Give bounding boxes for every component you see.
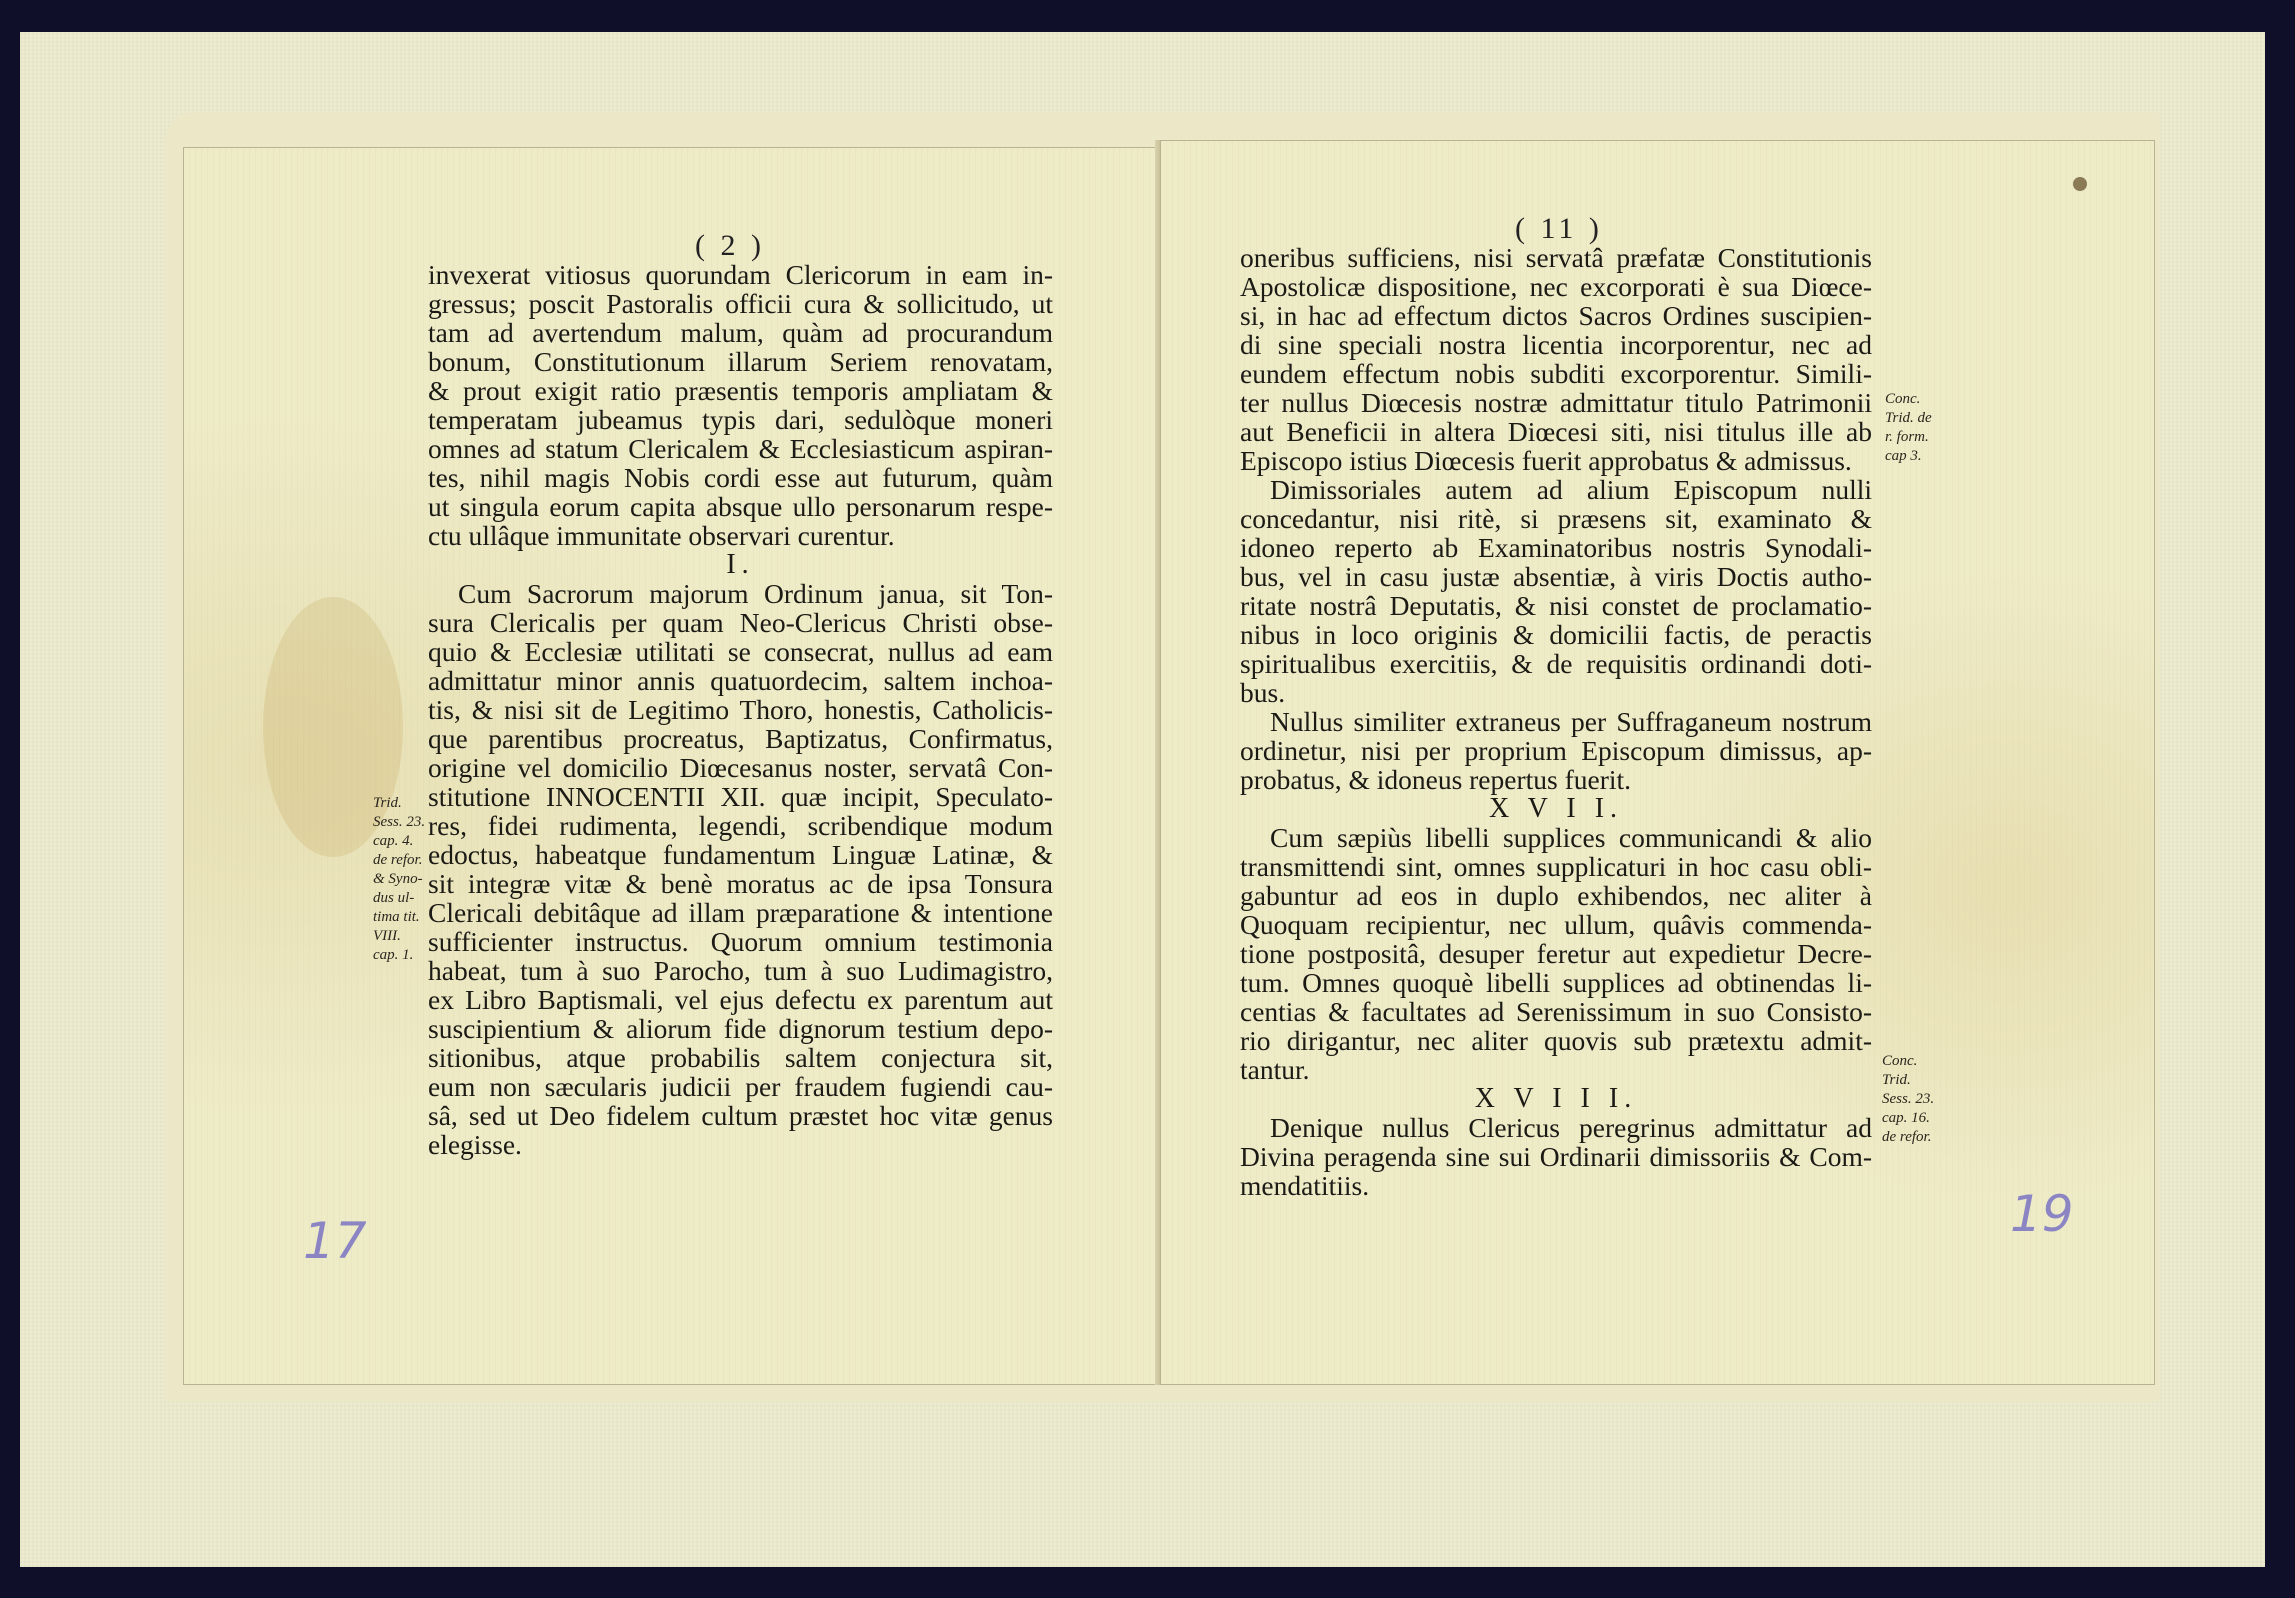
text-line: tis, & nisi sit de Legitimo Thoro, hones… [428,695,1053,724]
section-heading-xviii: X V I I I. [1240,1084,1872,1113]
margin-note-line: de refor. [373,851,428,870]
text-line: Quoquam recipientur, nec ullum, quâvis c… [1240,910,1872,939]
text-line: & prout exigit ratio præsentis temporis … [428,376,1053,405]
text-line: sitionibus, atque probabilis saltem conj… [428,1043,1053,1072]
margin-note-line: Trid. de [1885,409,1955,428]
margin-note-line: r. form. [1885,428,1955,447]
text-line: Cum Sacrorum majorum Ordinum janua, sit … [428,579,1053,608]
text-line: Episcopo istius Diœcesis fuerit approbat… [1240,446,1872,475]
text-line: eum non sæcularis judicii per fraudem fu… [428,1072,1053,1101]
margin-note-line: Conc. [1882,1052,1952,1071]
section-heading-i: I. [428,550,1053,579]
paragraph-section-i: Cum Sacrorum majorum Ordinum janua, sit … [428,579,1053,1159]
text-line: tes, nihil magis Nobis cordi esse aut fu… [428,463,1053,492]
text-line: sufficienter instructus. Quorum omnium t… [428,927,1053,956]
text-line: ut singula eorum capita absque ullo pers… [428,492,1053,521]
text-line: gabuntur ad eos in duplo exhibendos, nec… [1240,881,1872,910]
text-line: Clericali debitâque ad illam præparation… [428,898,1053,927]
text-line: gressus; poscit Pastoralis officii cura … [428,289,1053,318]
text-line: ex Libro Baptismali, vel ejus defectu ex… [428,985,1053,1014]
margin-note-line: de refor. [1882,1128,1952,1147]
paragraph-intro: invexerat vitiosus quorundam Clericorum … [428,260,1053,550]
margin-note-line: cap. 16. [1882,1109,1952,1128]
margin-note-line: cap. 4. [373,832,428,851]
margin-note-line: Sess. 23. [1882,1090,1952,1109]
margin-note-left: Trid. Sess. 23. cap. 4. de refor. & Syno… [373,794,428,965]
margin-note-line: dus ul- [373,889,428,908]
text-line: tantur. [1240,1055,1872,1084]
paragraph-3: Nullus similiter extraneus per Suffragan… [1240,707,1872,794]
text-line: sura Clericalis per quam Neo-Clericus Ch… [428,608,1053,637]
text-line: tione postpositâ, desuper feretur aut ex… [1240,939,1872,968]
text-line: aut Beneficii in altera Diœcesi siti, ni… [1240,417,1872,446]
left-page: ( 2 ) invexerat vitiosus quorundam Cleri… [183,147,1158,1385]
text-line: omnes ad statum Clericalem & Ecclesiasti… [428,434,1053,463]
margin-note-line: Trid. [1882,1071,1952,1090]
text-line: transmittendi sint, omnes supplicaturi i… [1240,852,1872,881]
text-line: Dimissoriales autem ad alium Episcopum n… [1240,475,1872,504]
text-line: nibus in loco originis & domicilii facti… [1240,620,1872,649]
pin-hole-mark [2073,177,2087,191]
margin-note-line: & Syno- [373,870,428,889]
text-line: concedantur, nisi ritè, si præsens sit, … [1240,504,1872,533]
margin-note-line: Trid. [373,794,428,813]
text-line: ter nullus Diœcesis nostræ admittatur ti… [1240,388,1872,417]
text-line: habeat, tum à suo Parocho, tum à suo Lud… [428,956,1053,985]
text-line: sâ, sed ut Deo fidelem cultum præstet ho… [428,1101,1053,1130]
section-heading-xvii: X V I I. [1240,794,1872,823]
text-line: bus, vel in casu justæ absentiæ, à viris… [1240,562,1872,591]
handwritten-folio-number: 19 [2010,1185,2074,1243]
text-line: Cum sæpiùs libelli supplices communicand… [1240,823,1872,852]
text-line: idoneo reperto ab Examinatoribus nostris… [1240,533,1872,562]
text-line: probatus, & idoneus repertus fuerit. [1240,765,1872,794]
margin-note-line: cap. 1. [373,946,428,965]
right-page-text: oneribus sufficiens, nisi servatâ præfat… [1240,243,1872,1200]
text-line: invexerat vitiosus quorundam Clericorum … [428,260,1053,289]
text-line: oneribus sufficiens, nisi servatâ præfat… [1240,243,1872,272]
margin-note-line: Conc. [1885,390,1955,409]
text-line: quio & Ecclesiæ utilitati se consecrat, … [428,637,1053,666]
text-line: admittatur minor annis quatuordecim, sal… [428,666,1053,695]
text-line: di sine speciali nostra licentia incorpo… [1240,330,1872,359]
text-line: bonum, Constitutionum illarum Seriem ren… [428,347,1053,376]
text-line: Divina peragenda sine sui Ordinarii dimi… [1240,1142,1872,1171]
text-line: si, in hac ad effectum dictos Sacros Ord… [1240,301,1872,330]
page-number: ( 11 ) [1515,212,1603,246]
right-page: ( 11 ) oneribus sufficiens, nisi servatâ… [1160,140,2155,1385]
text-line: Nullus similiter extraneus per Suffragan… [1240,707,1872,736]
text-line: rio dirigantur, nec aliter quovis sub pr… [1240,1026,1872,1055]
text-line: centias & facultates ad Serenissimum in … [1240,997,1872,1026]
margin-note-right-1: Conc. Trid. de r. form. cap 3. [1885,390,1955,466]
margin-note-line: cap 3. [1885,447,1955,466]
margin-note-line: tima tit. [373,908,428,927]
paragraph-section-xvii: Cum sæpiùs libelli supplices communicand… [1240,823,1872,1084]
text-line: Apostolicæ dispositione, nec excorporati… [1240,272,1872,301]
text-line: edoctus, habeatque fundamentum Linguæ La… [428,840,1053,869]
text-line: eundem effectum nobis subditi excorporen… [1240,359,1872,388]
margin-note-right-2: Conc. Trid. Sess. 23. cap. 16. de refor. [1882,1052,1952,1147]
text-line: spiritualibus exercitiis, & de requisiti… [1240,649,1872,678]
text-line: ctu ullâque immunitate observari curentu… [428,521,1053,550]
margin-note-line: VIII. [373,927,428,946]
text-line: elegisse. [428,1130,1053,1159]
text-line: sit integræ vitæ & benè moratus ac de ip… [428,869,1053,898]
text-line: stitutione INNOCENTII XII. quæ incipit, … [428,782,1053,811]
text-line: ritate nostrâ Deputatis, & nisi constet … [1240,591,1872,620]
text-line: res, fidei rudimenta, legendi, scribendi… [428,811,1053,840]
text-line: que parentibus procreatus, Baptizatus, C… [428,724,1053,753]
page-number: ( 2 ) [695,229,765,263]
handwritten-folio-number: 17 [303,1212,367,1270]
text-line: origine vel domicilio Diœcesanus noster,… [428,753,1053,782]
left-page-text: invexerat vitiosus quorundam Clericorum … [428,260,1053,1159]
paragraph-section-xviii: Denique nullus Clericus peregrinus admit… [1240,1113,1872,1200]
text-line: suscipientium & aliorum fide dignorum te… [428,1014,1053,1043]
text-line: tam ad avertendum malum, quàm ad procura… [428,318,1053,347]
text-line: mendatitiis. [1240,1171,1872,1200]
text-line: ordinetur, nisi per proprium Episcopum d… [1240,736,1872,765]
text-line: temperatam jubeamus typis dari, sedulòqu… [428,405,1053,434]
paragraph-2: Dimissoriales autem ad alium Episcopum n… [1240,475,1872,707]
margin-note-line: Sess. 23. [373,813,428,832]
text-line: bus. [1240,678,1872,707]
paragraph-1: oneribus sufficiens, nisi servatâ præfat… [1240,243,1872,475]
text-line: tum. Omnes quoquè libelli supplices ad o… [1240,968,1872,997]
text-line: Denique nullus Clericus peregrinus admit… [1240,1113,1872,1142]
